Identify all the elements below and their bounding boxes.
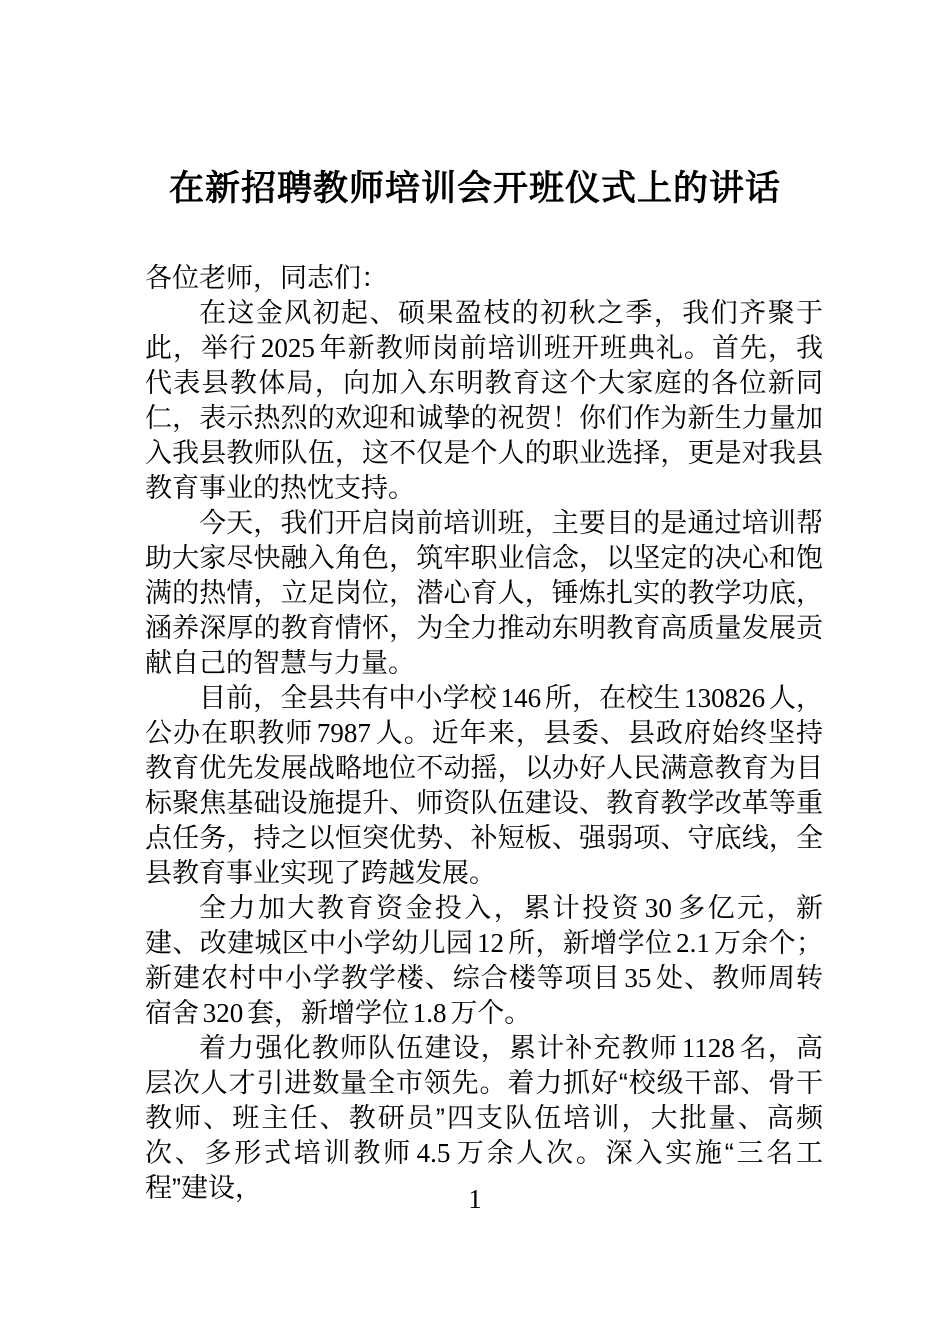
paragraph-1: 在这金风初起、硕果盈枝的初秋之季，我们齐聚于此，举行2025年新教师岗前培训班开… xyxy=(145,296,823,506)
paragraph-5: 着力强化教师队伍建设，累计补充教师1128名，高层次人才引进数量全市领先。着力抓… xyxy=(145,1031,823,1206)
paragraph-2: 今天，我们开启岗前培训班，主要目的是通过培训帮助大家尽快融入角色，筑牢职业信念，… xyxy=(145,506,823,681)
paragraph-3: 目前，全县共有中小学校146所，在校生130826人，公办在职教师7987人。近… xyxy=(145,681,823,891)
document-body: 各位老师，同志们： 在这金风初起、硕果盈枝的初秋之季，我们齐聚于此，举行2025… xyxy=(145,261,823,1206)
salutation-line: 各位老师，同志们： xyxy=(145,261,823,296)
page-number: 1 xyxy=(0,1183,950,1215)
document-page: 在新招聘教师培训会开班仪式上的讲话 各位老师，同志们： 在这金风初起、硕果盈枝的… xyxy=(0,0,950,1344)
paragraph-4: 全力加大教育资金投入，累计投资30多亿元，新建、改建城区中小学幼儿园12所，新增… xyxy=(145,891,823,1031)
document-title: 在新招聘教师培训会开班仪式上的讲话 xyxy=(0,0,950,215)
